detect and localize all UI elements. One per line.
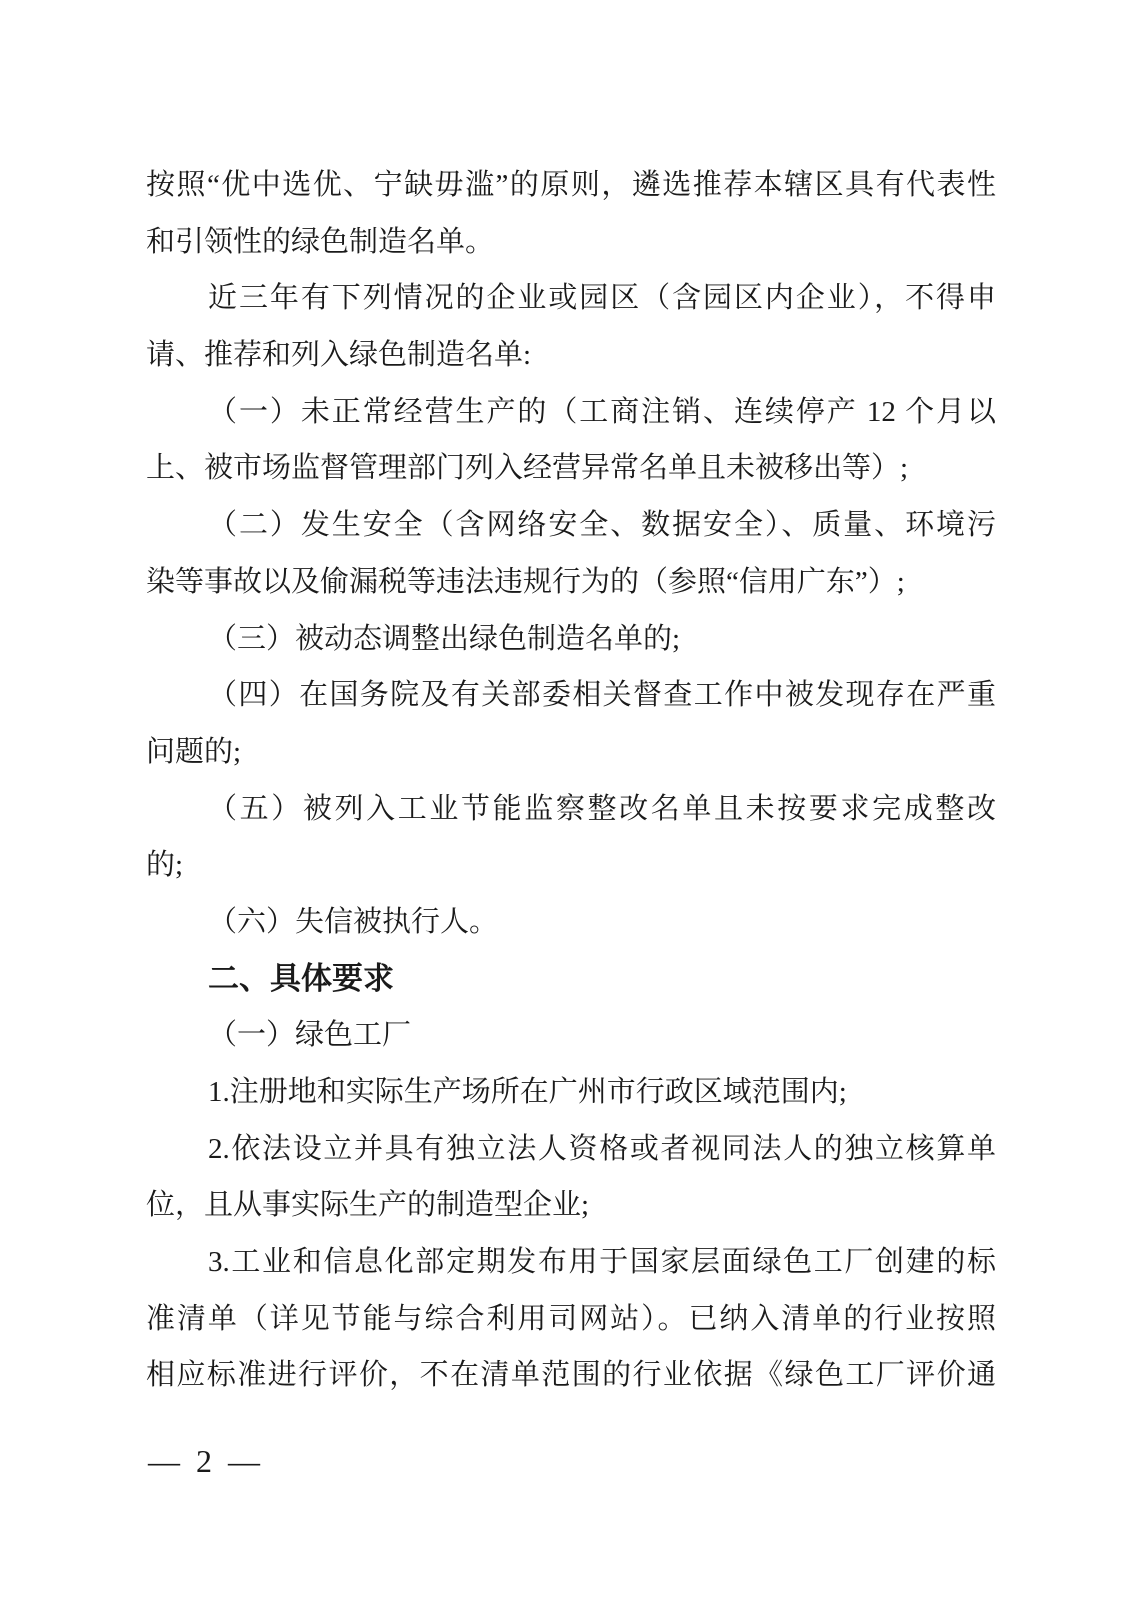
document-line: 的; [146, 837, 996, 894]
document-line-point-1: 1.注册地和实际生产场所在广州市行政区域范围内; [146, 1064, 996, 1121]
document-line: 按照“优中选优、宁缺毋滥”的原则，遴选推荐本辖区具有代表性 [146, 157, 996, 214]
document-line: 上、被市场监督管理部门列入经营异常名单且未被移出等）; [146, 440, 996, 497]
document-line-item-2: （二）发生安全（含网络安全、数据安全）、质量、环境污 [146, 497, 996, 554]
document-line-item-4: （四）在国务院及有关部委相关督查工作中被发现存在严重 [146, 667, 996, 724]
document-line-item-5: （五）被列入工业节能监察整改名单且未按要求完成整改 [146, 781, 996, 838]
document-line-point-2: 2.依法设立并具有独立法人资格或者视同法人的独立核算单 [146, 1121, 996, 1178]
page-footer: — 2 — [148, 1437, 264, 1485]
document-line: 近三年有下列情况的企业或园区（含园区内企业），不得申 [146, 270, 996, 327]
document-line: 问题的; [146, 724, 996, 781]
document-line: 准清单（详见节能与综合利用司网站）。已纳入清单的行业按照 [146, 1291, 996, 1348]
document-line: 相应标准进行评价，不在清单范围的行业依据《绿色工厂评价通 [146, 1347, 996, 1404]
subsection-heading: （一）绿色工厂 [146, 1007, 996, 1064]
document-line: 请、推荐和列入绿色制造名单: [146, 327, 996, 384]
document-line-item-1: （一）未正常经营生产的（工商注销、连续停产 12 个月以 [146, 384, 996, 441]
document-line-item-3: （三）被动态调整出绿色制造名单的; [146, 611, 996, 668]
document-line: 位，且从事实际生产的制造型企业; [146, 1177, 996, 1234]
page-number: — 2 — [148, 1443, 264, 1479]
document-line: 和引领性的绿色制造名单。 [146, 214, 996, 271]
document-body: 按照“优中选优、宁缺毋滥”的原则，遴选推荐本辖区具有代表性 和引领性的绿色制造名… [146, 157, 996, 1404]
section-heading: 二、具体要求 [146, 951, 996, 1008]
document-page: 按照“优中选优、宁缺毋滥”的原则，遴选推荐本辖区具有代表性 和引领性的绿色制造名… [0, 0, 1131, 1600]
document-line: 染等事故以及偷漏税等违法违规行为的（参照“信用广东”）; [146, 554, 996, 611]
document-line-point-3: 3.工业和信息化部定期发布用于国家层面绿色工厂创建的标 [146, 1234, 996, 1291]
document-line-item-6: （六）失信被执行人。 [146, 894, 996, 951]
